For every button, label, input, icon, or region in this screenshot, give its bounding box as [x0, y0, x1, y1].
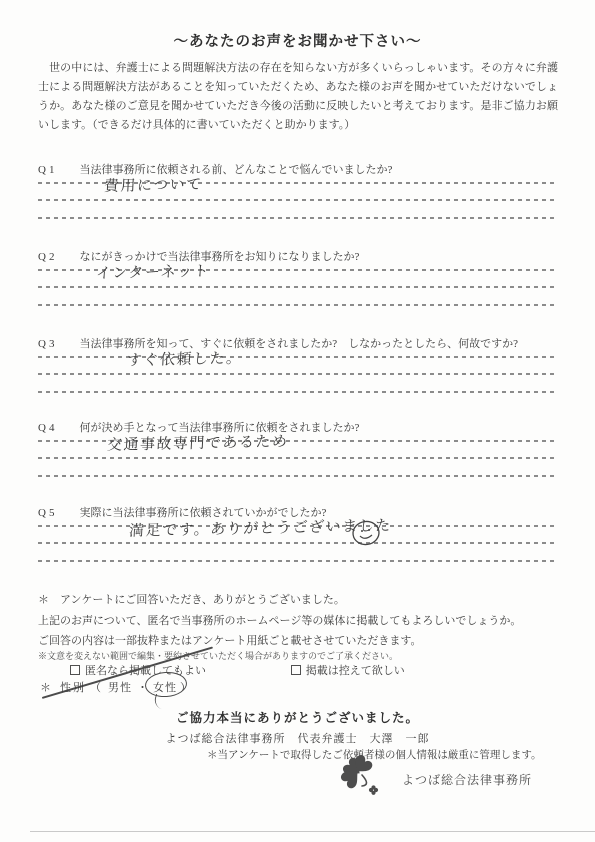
consent-note: ※文意を変えない範囲で編集・要約させていただく場合がありますのでご了承ください。 — [38, 649, 398, 662]
option-label: 掲載は控えて欲しい — [306, 665, 405, 677]
option-anonymous-ok[interactable]: 匿名なら掲載してもよい — [70, 665, 209, 677]
footer-firm-line: よつば総合法律事務所 代表弁護士 大澤 一郎 — [0, 730, 595, 746]
gender-marker: ＊ — [40, 679, 51, 695]
answer-line[interactable] — [38, 373, 558, 375]
checkbox-anonymous-ok[interactable] — [70, 665, 80, 675]
question-block-q3: Q3当法律事務所を知って、すぐに依頼をされましたか? しなかったとしたら、何故で… — [38, 335, 558, 351]
handwritten-answer: 費用について — [103, 173, 203, 196]
question-number: Q1 — [38, 164, 57, 176]
footer-thanks: ご協力本当にありがとうございました。 — [0, 708, 595, 726]
question-block-q5: Q5実際に当法律事務所に依頼されていかがでしたか? 満足です。ありがとうございま… — [38, 504, 558, 520]
question-row: Q4何が決め手となって当法律事務所に依頼をされましたか? — [38, 419, 558, 435]
survey-document: ～あなたのお声をお聞かせ下さい～ 世の中には、弁護士による問題解決方法の存在を知… — [0, 0, 595, 842]
answer-line[interactable] — [38, 391, 558, 393]
question-number: Q2 — [38, 251, 57, 263]
question-block-q1: Q1当法律事務所に依頼される前、どんなことで悩んでいましたか? 費用について — [38, 161, 558, 177]
answer-line[interactable] — [38, 217, 558, 219]
intro-paragraph: 世の中には、弁護士による問題解決方法の存在を知らない方が多くいらっしゃいます。そ… — [38, 59, 558, 135]
question-block-q4: Q4何が決め手となって当法律事務所に依頼をされましたか? 交通事故専門であるため — [38, 419, 558, 435]
handwritten-circle-tail — [152, 694, 166, 709]
answer-line[interactable] — [38, 475, 558, 477]
gender-paren-open: （ — [90, 679, 101, 695]
consent-thanks: ＊ アンケートにご回答いただき、ありがとうございました。 — [38, 591, 345, 607]
gender-label: 性別 — [60, 679, 86, 695]
answer-line[interactable] — [38, 560, 558, 562]
page-title: ～あなたのお声をお聞かせ下さい～ — [0, 30, 595, 51]
question-number: Q4 — [38, 422, 57, 434]
answer-line[interactable] — [38, 286, 558, 288]
four-leaf-clover-icon — [338, 755, 396, 799]
question-block-q2: Q2なにがきっかけで当法律事務所をお知りになりましたか? インターネット — [38, 248, 558, 264]
answer-line[interactable] — [38, 356, 558, 358]
handwritten-answer: すぐ依頼した。 — [126, 347, 243, 370]
handwritten-answer: インターネット — [95, 260, 210, 283]
question-number: Q3 — [38, 338, 57, 350]
footer-logo-text: よつば総合法律事務所 — [402, 771, 532, 788]
smiley-face-icon — [349, 518, 383, 548]
consent-line1: 上記のお声について、匿名で当事務所のホームページ等の媒体に掲載してもよろしいでし… — [38, 612, 521, 628]
answer-line[interactable] — [38, 457, 558, 459]
option-no-publication[interactable]: 掲載は控えて欲しい — [291, 665, 405, 677]
question-row: Q3当法律事務所を知って、すぐに依頼をされましたか? しなかったとしたら、何故で… — [38, 335, 558, 351]
answer-line[interactable] — [38, 199, 558, 201]
question-number: Q5 — [38, 507, 57, 519]
consent-line2: ご回答の内容は一部抜粋またはアンケート用紙ごと載せさせていただきます。 — [38, 632, 421, 648]
answer-line[interactable] — [38, 542, 558, 544]
handwritten-answer: 交通事故専門であるため — [107, 430, 290, 455]
publication-options: 匿名なら掲載してもよい 掲載は控えて欲しい — [38, 662, 405, 678]
gender-option-male[interactable]: 男性 — [108, 679, 132, 695]
answer-line[interactable] — [38, 304, 558, 306]
checkbox-no-publication[interactable] — [291, 665, 301, 675]
scan-edge-line — [30, 831, 595, 832]
